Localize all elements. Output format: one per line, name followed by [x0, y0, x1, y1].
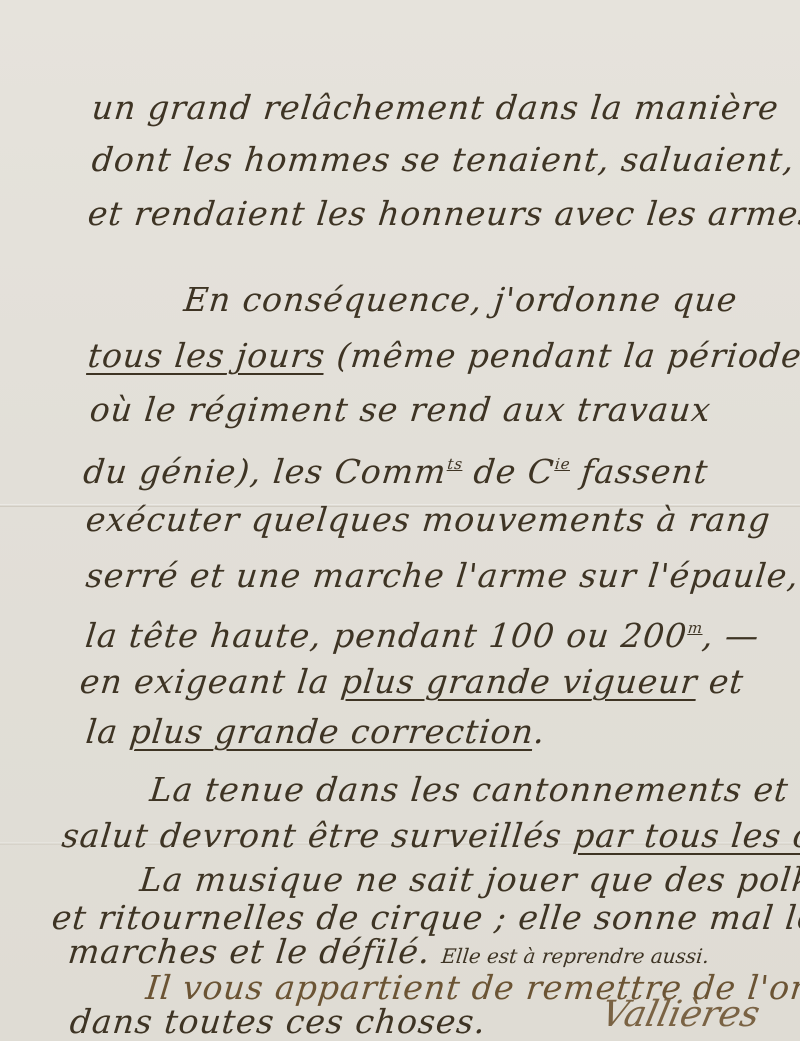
- letter-page: un grand relâchement dans la manière don…: [0, 0, 800, 1041]
- text-line: salut devront être surveillés par tous l…: [60, 816, 800, 856]
- text-line: un grand relâchement dans la manière: [90, 88, 781, 128]
- text-line: la tête haute, pendant 100 ou 200m, —: [83, 608, 762, 656]
- underlined-phrase: tous les jours: [86, 336, 327, 375]
- text-line: En conséquence, j'ordonne que: [182, 280, 740, 320]
- underlined-phrase: par tous les officiers: [571, 816, 800, 855]
- text-line: où le régiment se rend aux travaux: [88, 390, 713, 430]
- text-line: en exigeant la plus grande vigueur et: [78, 662, 746, 702]
- text-line: La musique ne sait jouer que des polkas: [138, 860, 800, 900]
- text-line: tous les jours (même pendant la période: [86, 336, 800, 376]
- text-line: et rendaient les honneurs avec les armes…: [86, 194, 800, 234]
- text-line: serré et une marche l'arme sur l'épaule,: [84, 556, 800, 596]
- text-line: La tenue dans les cantonnements et le: [148, 770, 800, 810]
- underlined-phrase: plus grande correction: [128, 712, 536, 751]
- text-line: du génie), les Commts de Cie fassent: [81, 444, 711, 492]
- underlined-phrase: plus grande vigueur: [339, 662, 700, 701]
- text-line: dont les hommes se tenaient, saluaient,: [90, 140, 797, 180]
- text-line: dans toutes ces choses.: [68, 1002, 488, 1041]
- added-remark: Elle est à reprendre aussi.: [440, 944, 710, 968]
- text-line: la plus grande correction.: [84, 712, 548, 752]
- text-line: exécuter quelques mouvements à rang: [84, 500, 773, 540]
- signature: Vallières: [598, 994, 764, 1035]
